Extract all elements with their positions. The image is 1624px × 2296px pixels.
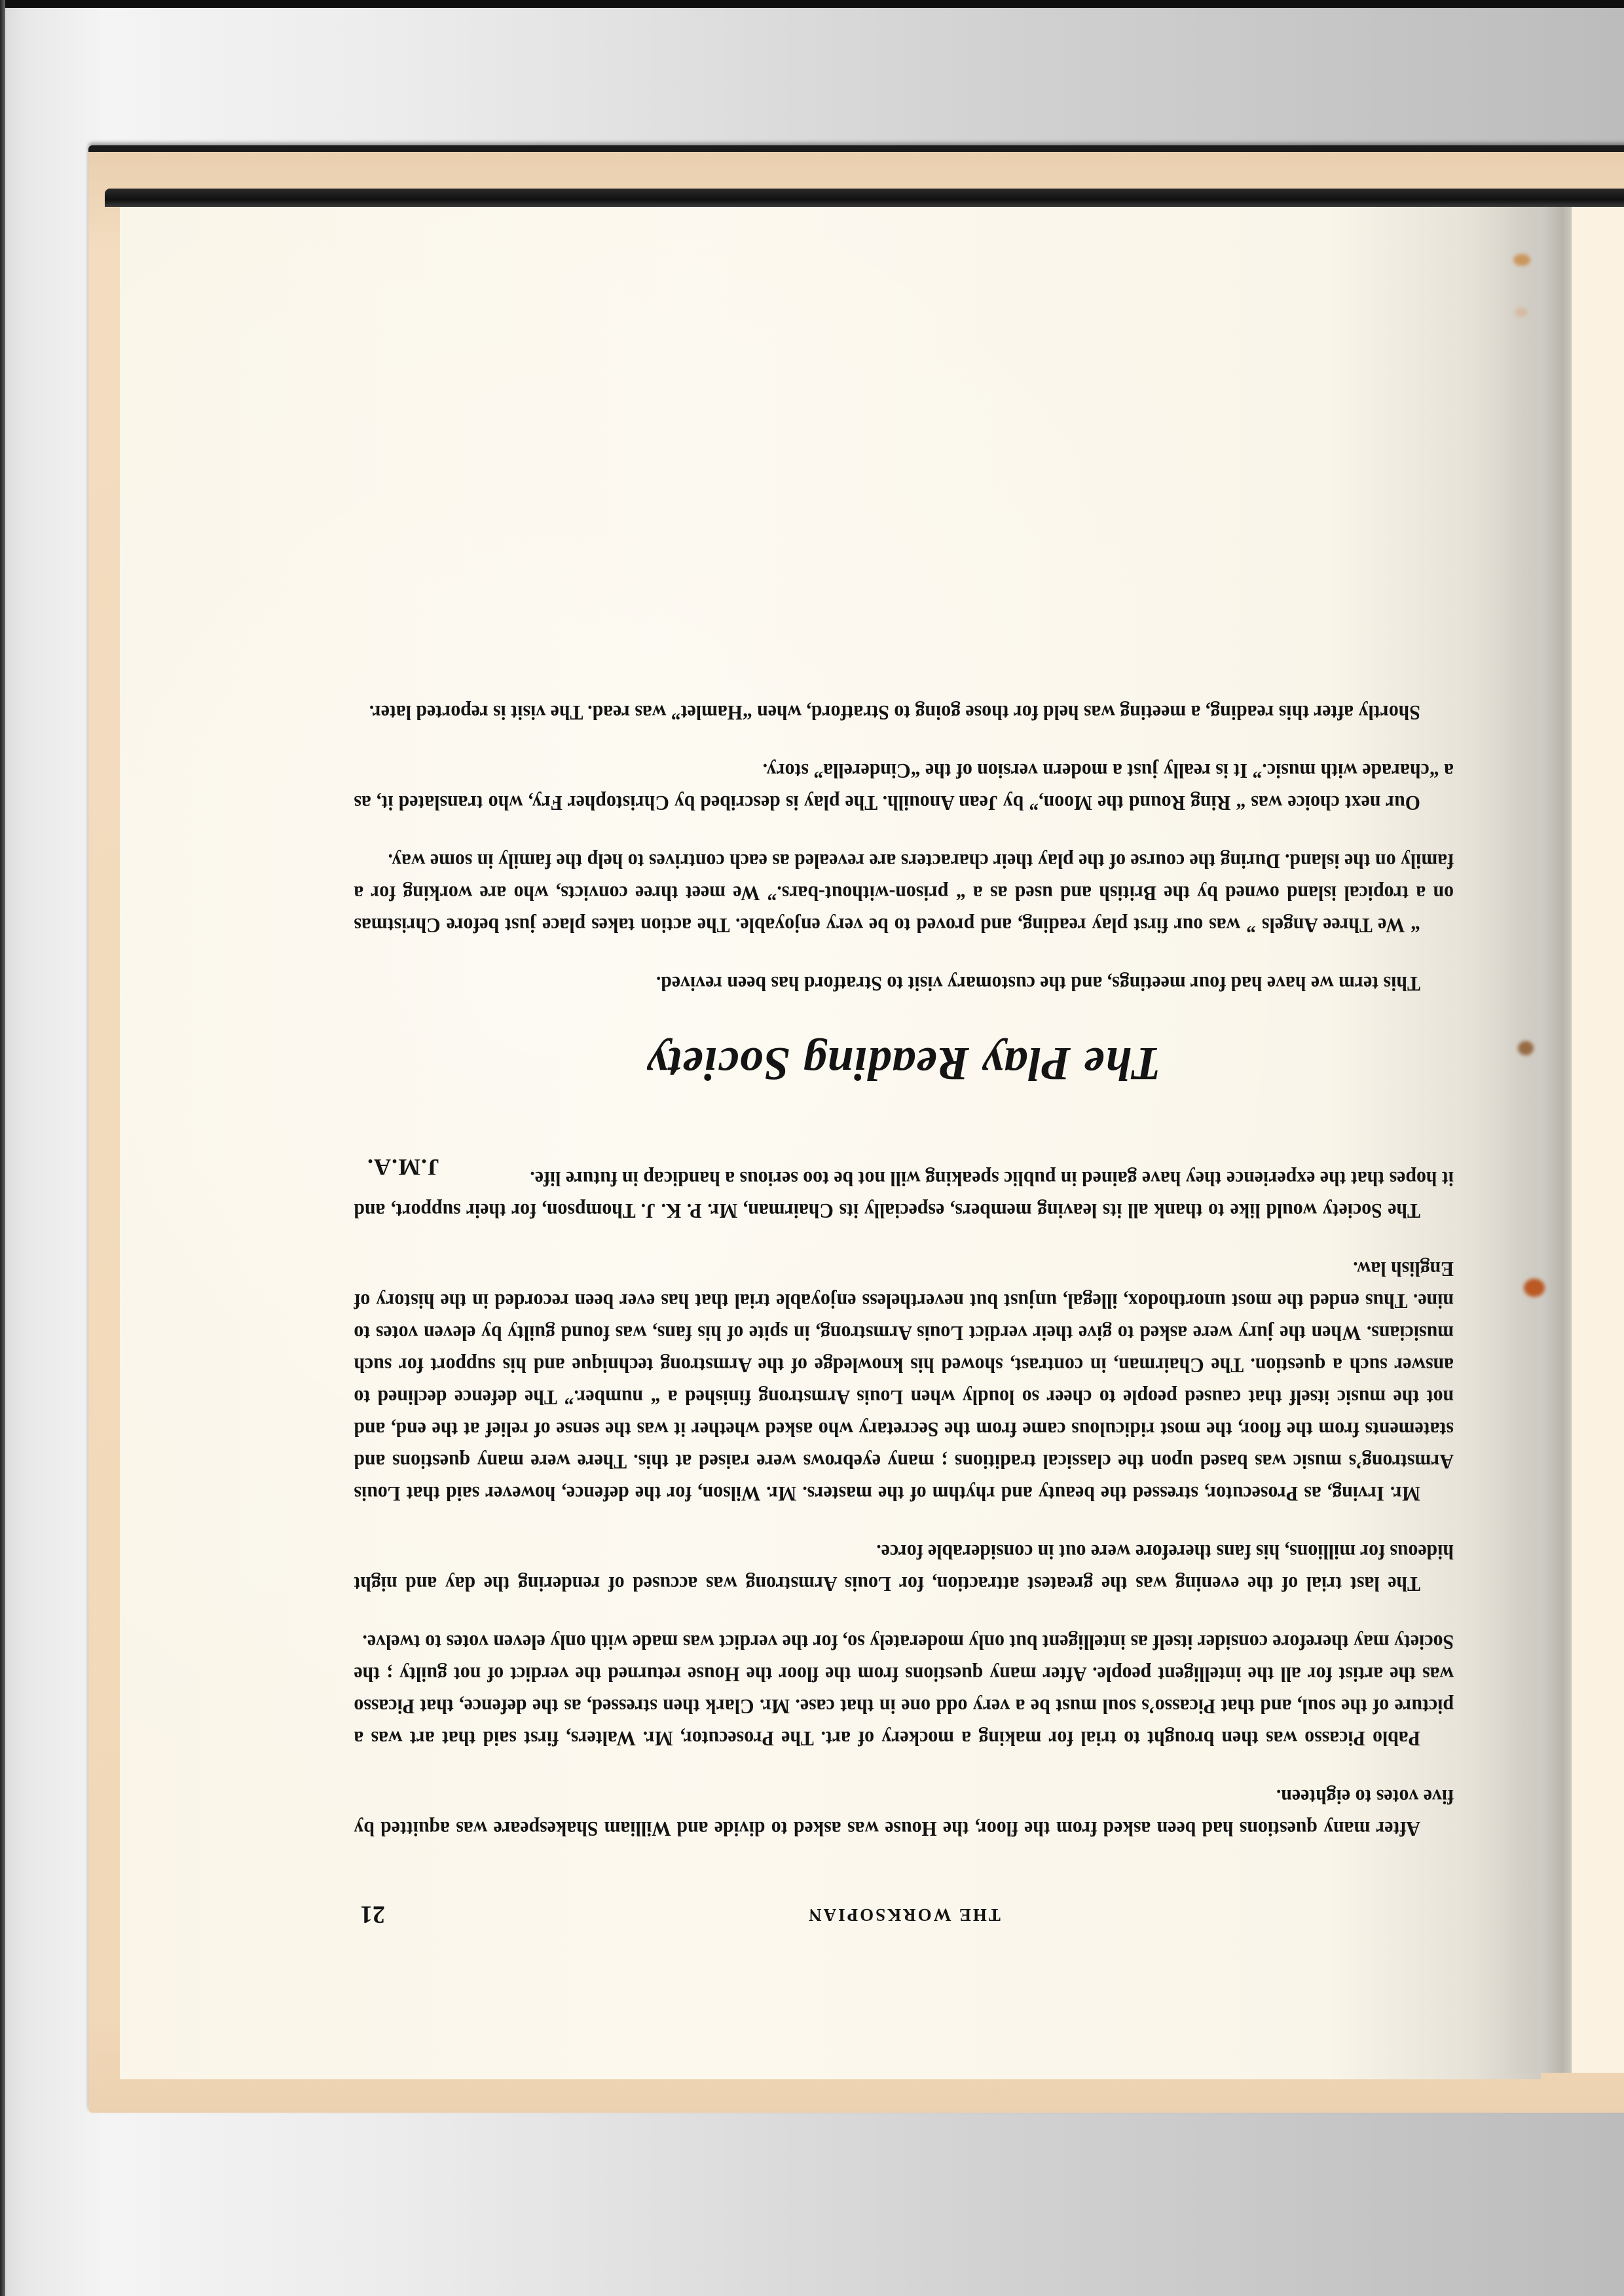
publication-title: THE WORKSOPIAN	[354, 1904, 1454, 1925]
report-paragraph-verdict-shakespeare: After many questions had been asked from…	[354, 1781, 1454, 1845]
staple-rust-stain	[1524, 1279, 1545, 1297]
report-paragraph-armstrong-trial: Mr. Irving, as Prosecutor, stressed the …	[354, 1253, 1454, 1510]
play-reading-society-report: This term we have had four meetings, and…	[354, 697, 1454, 1000]
section-heading: The Play Reading Society	[354, 1036, 1454, 1091]
play-paragraph-hamlet: Shortly after this reading, a meeting wa…	[354, 697, 1454, 729]
staple-rust-stain	[1515, 308, 1528, 317]
staple-rust-stain	[1513, 254, 1530, 266]
play-paragraph-ring-round-the-moon: Our next choice was “ Ring Round the Moo…	[354, 755, 1454, 819]
facing-page-edge	[1572, 207, 1624, 2073]
play-paragraph-we-three-angels: “ We Three Angels ” was our first play r…	[354, 845, 1454, 941]
scanner-edge-left	[0, 0, 5, 2296]
scanner-edge-top	[0, 0, 1624, 8]
play-paragraph-intro: This term we have had four meetings, and…	[354, 968, 1454, 1000]
cover-inner-shadow	[105, 189, 1624, 207]
debating-society-report: After many questions had been asked from…	[354, 1154, 1454, 1845]
report-paragraph-thanks: The Society would like to thank all its …	[354, 1163, 1454, 1227]
report-paragraph-armstrong-intro: The last trial of the evening was the gr…	[354, 1536, 1454, 1600]
page-number: 21	[360, 1900, 385, 1929]
staple-rust-stain	[1518, 1041, 1534, 1055]
running-head: THE WORKSOPIAN 21	[354, 1886, 1454, 1925]
report-paragraph-picasso-trial: Pablo Picasso was then brought to trial …	[354, 1626, 1454, 1755]
page-content-rotated: THE WORKSOPIAN 21 After many questions h…	[354, 426, 1454, 1925]
